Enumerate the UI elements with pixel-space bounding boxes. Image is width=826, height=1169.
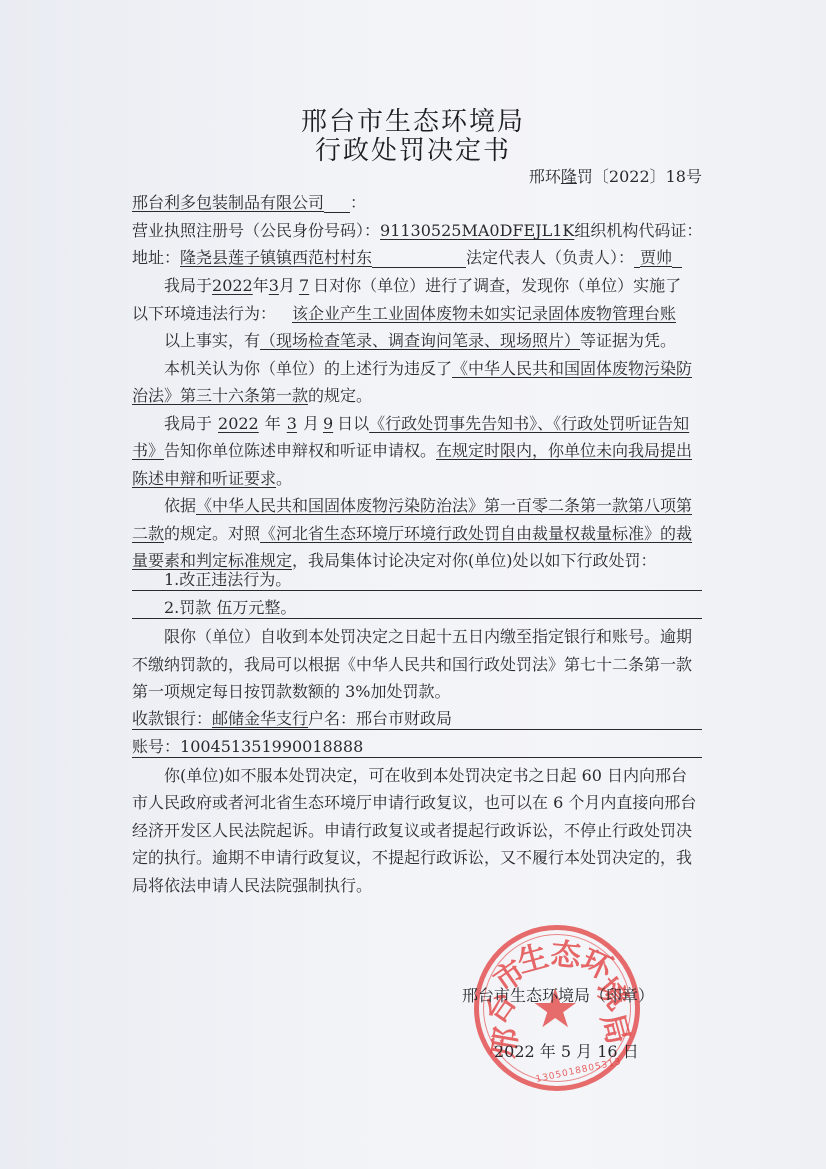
discretion-standard-cont: 量要素和判定标准规定 [132, 551, 292, 570]
text: ，我局集体讨论决定对你(单位)处以如下行政处罚： [292, 551, 657, 570]
recipient-line: 邢台利多包装制品有限公司： [132, 193, 366, 213]
blank-fill [324, 194, 350, 213]
appeal-line-2: 市人民政府或者河北省生态环境厅申请行政复议，也可以在 6 个月内直接向邢台 [132, 793, 696, 813]
investigation-line-1: 我局于2022年3月7日对你（单位）进行了调查，发现你（单位）实施了 [132, 276, 681, 296]
violation-law-line-2: 治法》第三十六条第一款的规定。 [132, 386, 372, 406]
license-label: 营业执照注册号（公民身份号码）： [132, 221, 380, 240]
document-number: 邢环隆罚〔2022〕18号 [529, 164, 702, 187]
text: 依据 [164, 496, 196, 515]
violated-article: 治法》第三十六条第一款 [132, 386, 308, 405]
text: 月 [279, 276, 295, 295]
penalty-item-2: 2.罚款 伍万元整。 [132, 598, 702, 619]
penalty-number: 2. [132, 598, 179, 617]
bank-value: 邮储金华支行 [212, 709, 308, 728]
text: 日对你（单位）进行了调查，发现你（单位）实施了 [313, 276, 681, 295]
doc-number-suffix: 罚〔2022〕18号 [577, 167, 702, 186]
address-line: 地址：隆尧县莲子镇镇西范村村东法定代表人（负责人）：贾帅 [132, 248, 682, 268]
notice-documents-cont: 书》 [132, 441, 164, 460]
evidence-list: （现场检查笔录、调查询问笔录、现场照片） [260, 331, 580, 350]
legal-rep-value: 贾帅 [640, 248, 672, 267]
text: 年 [265, 414, 281, 433]
penalty-item-1: 1.改正违法行为。 [132, 570, 702, 591]
investigation-day: 7 [295, 276, 313, 295]
text: 等证据为凭。 [580, 331, 676, 350]
payment-line-2: 不缴纳罚款的，我局可以根据《中华人民共和国行政处罚法》第七十二条第一款 [132, 655, 692, 675]
address-label: 地址： [132, 248, 180, 267]
investigation-month: 3 [269, 276, 279, 295]
violation-law-line-1: 本机关认为你（单位）的上述行为违反了《中华人民共和国固体废物污染防 [132, 359, 692, 379]
text: 的规定。 [308, 386, 372, 405]
notice-documents: 《行政处罚事先告知书》、《行政处罚听证告知 [369, 414, 689, 433]
text: 我局于 [164, 414, 212, 433]
bank-label: 收款银行： [132, 709, 212, 728]
company-name: 邢台利多包装制品有限公司 [132, 193, 324, 212]
text: 本机关认为你（单位）的上述行为违反了 [164, 359, 452, 378]
blank-fill [372, 249, 466, 268]
text: 年 [253, 276, 269, 295]
appeal-line-1: 你(单位)如不服本处罚决定，可在收到本处罚决定书之日起 60 日内向邢台 [132, 766, 687, 786]
penalty-basis-law: 《中华人民共和国固体废物污染防治法》第一百零二条第一款第八项第 [196, 496, 692, 515]
appeal-line-5: 局将依法申请人民法院强制执行。 [132, 876, 372, 896]
payment-line-1: 限你（单位）自收到本处罚决定之日起十五日内缴至指定银行和账号。逾期 [132, 627, 692, 647]
document-page: 邢台市生态环境局 行政处罚决定书 邢环隆罚〔2022〕18号 邢台利多包装制品有… [0, 0, 826, 1169]
basis-line-3: 量要素和判定标准规定，我局集体讨论决定对你(单位)处以如下行政处罚： [132, 551, 657, 571]
doc-number-underlined: 隆 [561, 167, 577, 186]
notice-line-1: 我局于2022年3月9日以《行政处罚事先告知书》、《行政处罚听证告知 [132, 414, 689, 434]
bank-line: 收款银行：邮储金华支行户名：邢台市财政局 [132, 709, 702, 730]
text: 月 [303, 414, 319, 433]
issuer-signature: 邢台市生态环境局（印章） [462, 983, 654, 1006]
text: 。 [276, 469, 292, 488]
discretion-standard: 《河北省生态环境厅环境行政处罚自由裁量权裁量标准》的裁 [260, 524, 692, 543]
penalty-text: 罚款 伍万元整。 [179, 598, 296, 617]
basis-line-1: 依据《中华人民共和国固体废物污染防治法》第一百零二条第一款第八项第 [132, 496, 692, 516]
penalty-number: 1. [132, 570, 179, 589]
account-name-label: 户名： [308, 709, 356, 728]
doc-number-prefix: 邢环 [529, 167, 561, 186]
text: 的规定。对照 [164, 524, 260, 543]
document-title-type: 行政处罚决定书 [0, 130, 826, 167]
penalty-basis-article: 二款 [132, 524, 164, 543]
account-name-value: 邢台市财政局 [356, 709, 452, 728]
notice-year: 2022 [212, 414, 265, 433]
text: 以下环境违法行为： [132, 304, 276, 323]
text: 我局于 [164, 276, 212, 295]
violation-description: 该企业产生工业固体废物未如实记录固体废物管理台账 [276, 304, 700, 323]
investigation-year: 2022 [212, 276, 253, 295]
license-line: 营业执照注册号（公民身份号码）：91130525MA0DFEJL1K组织机构代码… [132, 221, 702, 241]
appeal-line-4: 定的执行。逾期不申请行政复议，不提起行政诉讼，又不履行本处罚决定的，我 [132, 848, 692, 868]
appeal-line-3: 经济开发区人民法院起诉。申请行政复议或者提起行政诉讼，不停止行政处罚决 [132, 821, 692, 841]
investigation-line-2: 以下环境违法行为：该企业产生工业固体废物未如实记录固体废物管理台账 [132, 304, 700, 324]
notice-result-cont: 陈述申辩和听证要求 [132, 469, 276, 488]
text: 日以 [337, 414, 369, 433]
account-number-label: 账号： [132, 737, 180, 756]
basis-line-2: 二款的规定。对照《河北省生态环境厅环境行政处罚自由裁量权裁量标准》的裁 [132, 524, 692, 544]
account-number-value: 100451351990018888 [180, 737, 363, 756]
official-seal: ★ 邢 台 市 生 态 环 境 局 1305018805313 [474, 925, 640, 1091]
evidence-line: 以上事实，有（现场检查笔录、调查询问笔录、现场照片）等证据为凭。 [132, 331, 676, 351]
notice-line-2: 书》告知你单位陈述申辩权和听证申请权。在规定时限内，你单位未向我局提出 [132, 441, 692, 461]
payment-line-3: 第一项规定每日按罚款数额的 3%加处罚款。 [132, 682, 450, 702]
org-code-label: 组织机构代码证： [574, 221, 702, 240]
issue-date: 2022 年 5 月 16 日 [494, 1039, 639, 1062]
legal-rep-label: 法定代表人（负责人）： [466, 248, 634, 267]
text: 以上事实，有 [164, 331, 260, 350]
license-value: 91130525MA0DFEJL1K [380, 221, 574, 240]
account-line: 账号：100451351990018888 [132, 737, 702, 758]
violated-law: 《中华人民共和国固体废物污染防 [452, 359, 692, 378]
notice-month: 3 [281, 414, 303, 433]
notice-day: 9 [319, 414, 337, 433]
text: 告知你单位陈述申辩权和听证申请权。 [164, 441, 436, 460]
notice-result: 在规定时限内，你单位未向我局提出 [436, 441, 692, 460]
penalty-text: 改正违法行为。 [179, 570, 291, 589]
address-value: 隆尧县莲子镇镇西范村村东 [180, 248, 372, 267]
colon: ： [350, 193, 366, 212]
notice-line-3: 陈述申辩和听证要求。 [132, 469, 292, 489]
blank-fill [672, 249, 682, 268]
